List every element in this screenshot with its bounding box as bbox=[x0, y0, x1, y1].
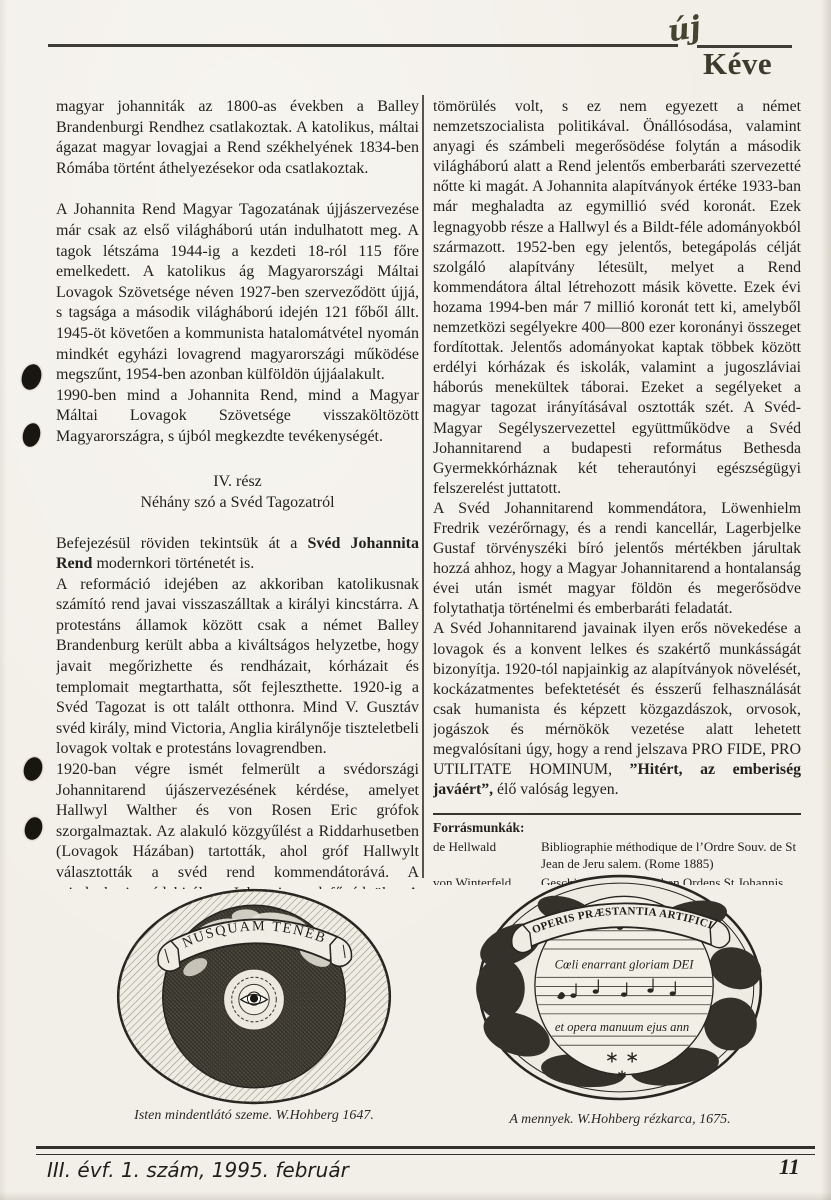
paragraph-magyar-tagozat: A Johannita Rend Magyar Tagozatának újjá… bbox=[56, 200, 419, 385]
right-column: tömörülés volt, s ez nem egyezett a néme… bbox=[433, 97, 801, 885]
music-lyric-2: et opera manuum ejus ann bbox=[555, 1020, 689, 1034]
footer-page-number: 11 bbox=[779, 1154, 800, 1180]
section-heading: IV. rész Néhány szó a Svéd Tagozatról bbox=[56, 471, 419, 513]
scanned-magazine-page: új Kéve magyar johanniták az 1800-as éve… bbox=[0, 0, 831, 1200]
magazine-logo-script: új bbox=[665, 10, 703, 50]
paragraph-text: Befejezésül röviden tekintsük át a bbox=[56, 535, 308, 552]
music-lyric-1: Cœli enarrant gloriam DEI bbox=[555, 957, 695, 971]
paragraph-javak: A Svéd Johannitarend javainak ilyen erős… bbox=[433, 619, 801, 800]
section-heading-title: Néhány szó a Svéd Tagozatról bbox=[56, 492, 419, 513]
paragraph-text: modernkori történetét is. bbox=[92, 555, 254, 572]
engraving-heavens-music: Cœli enarrant gloriam DEI et opera manuu… bbox=[472, 872, 768, 1102]
column-divider bbox=[422, 95, 424, 878]
binding-mark bbox=[18, 362, 44, 393]
footer-rule bbox=[36, 1146, 815, 1155]
source-author: de Hellwald bbox=[433, 839, 541, 871]
section-heading-number: IV. rész bbox=[56, 471, 419, 492]
paragraph-text: A Svéd Johannitarend javainak ilyen erős… bbox=[433, 620, 801, 758]
paragraph-kommendator: A Svéd Johannitarend kommendátora, Löwen… bbox=[433, 499, 801, 620]
paragraph-reformacio: A reformáció idejében az akkoriban katol… bbox=[56, 575, 419, 760]
paragraph-1920: 1920-ban végre ismét felmerült a svédors… bbox=[56, 760, 419, 889]
source-work: Bibliographie méthodique de l’Ordre Souv… bbox=[541, 839, 801, 871]
source-row: de Hellwald Bibliographie méthodique de … bbox=[433, 839, 801, 871]
magazine-logo-word: Kéve bbox=[703, 46, 772, 82]
paragraph-1990: 1990-ben mind a Johannita Rend, mind a M… bbox=[56, 386, 419, 448]
header-rule bbox=[48, 44, 678, 47]
binding-mark bbox=[22, 815, 45, 842]
paragraph-tomorules: tömörülés volt, s ez nem egyezett a néme… bbox=[433, 97, 801, 499]
binding-mark bbox=[21, 755, 46, 783]
binding-mark bbox=[20, 421, 43, 449]
sources-title: Forrásmunkák: bbox=[433, 820, 801, 836]
paragraph-text: élő valóság legyen. bbox=[493, 781, 618, 798]
paragraph-befejezesul: Befejezésül röviden tekintsük át a Svéd … bbox=[56, 534, 419, 575]
footer-issue-line: III. évf. 1. szám, 1995. február bbox=[47, 1158, 349, 1182]
engraving-all-seeing-eye: NUSQUAM TENEBRÆ. bbox=[112, 882, 396, 1108]
left-column: magyar johanniták az 1800-as években a B… bbox=[56, 97, 419, 889]
figure-caption-left: Isten mindentlátó szeme. W.Hohberg 1647. bbox=[112, 1108, 396, 1124]
paragraph-johannitak: magyar johanniták az 1800-as években a B… bbox=[56, 97, 419, 179]
figure-caption-right: A mennyek. W.Hohberg rézkarca, 1675. bbox=[472, 1112, 768, 1128]
